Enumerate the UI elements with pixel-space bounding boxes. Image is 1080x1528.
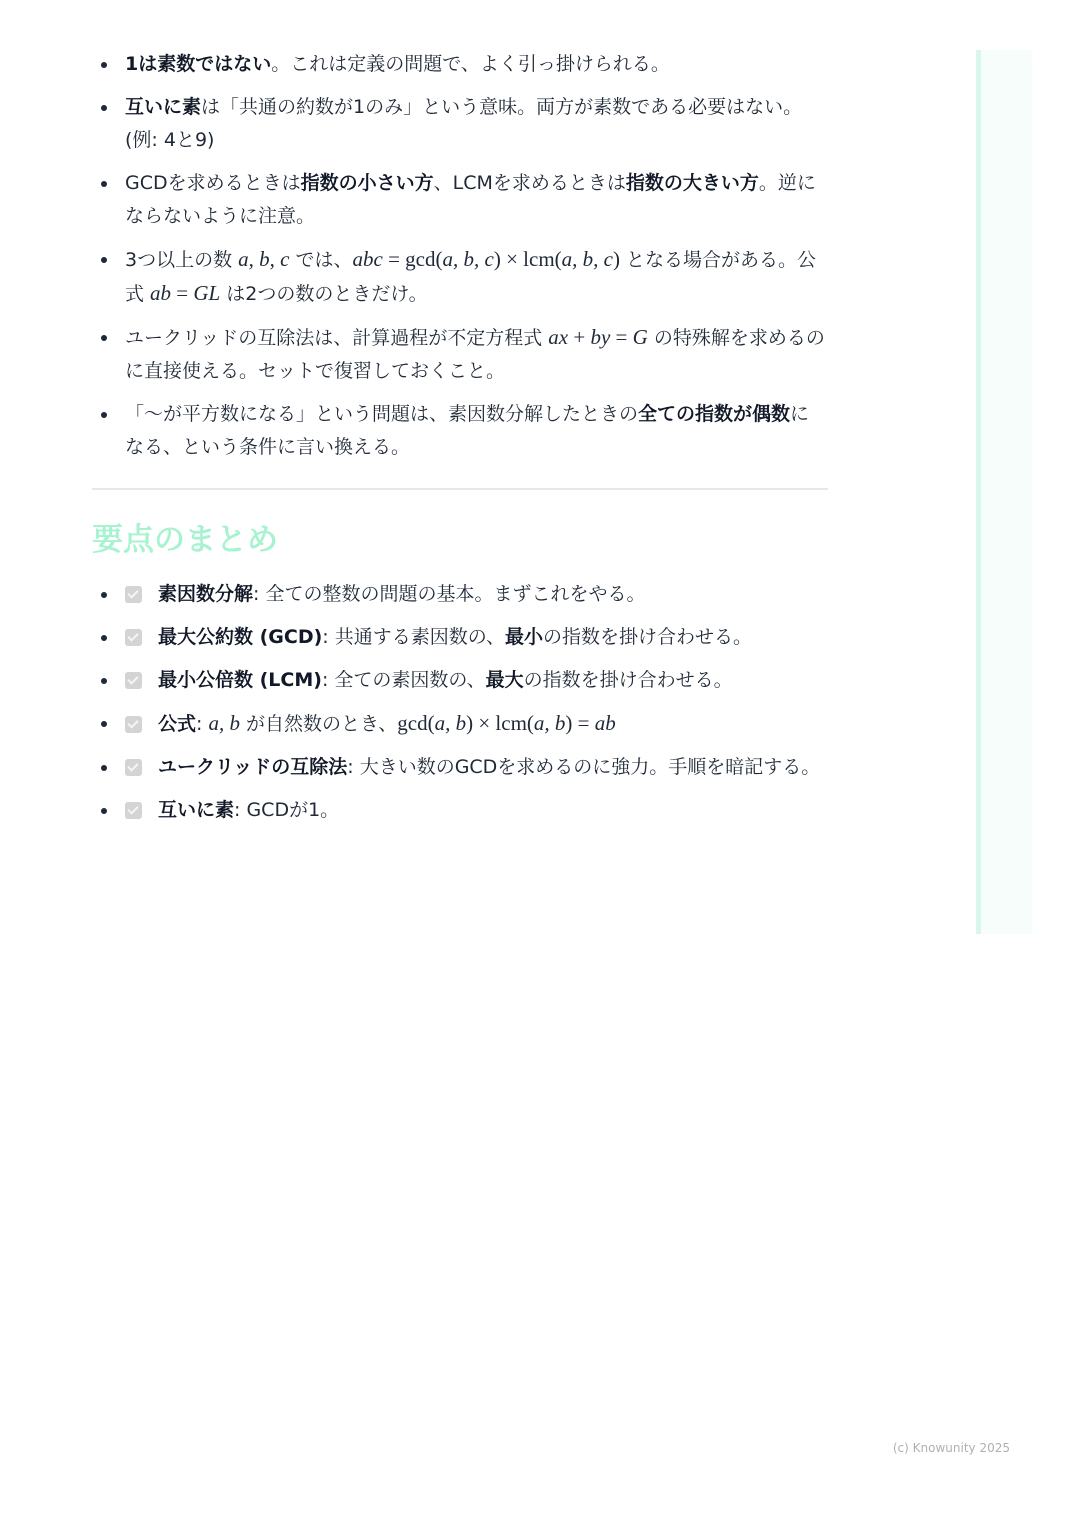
item-text: : GCDが1。 <box>234 799 339 821</box>
checkbox-checked-icon[interactable] <box>125 629 142 646</box>
item-text: : 大きい数のGCDを求めるのに強力。手順を暗記する。 <box>347 756 820 778</box>
math-expression: ) <box>613 247 620 271</box>
math-expression: a, b, c <box>562 247 613 271</box>
item-text: 3つ以上の数 <box>125 249 238 271</box>
item-text: では、 <box>289 249 352 271</box>
list-item: GCDを求めるときは指数の小さい方、LCMを求めるときは指数の大きい方。逆になら… <box>92 167 828 233</box>
checkbox-checked-icon[interactable] <box>125 802 142 819</box>
math-expression: G <box>633 325 648 349</box>
math-expression: gcd( <box>397 711 434 735</box>
math-expression: a, b, c <box>238 247 289 271</box>
math-expression: ax <box>548 325 568 349</box>
math-expression: = <box>171 281 193 305</box>
item-text: は2つの数のときだけ。 <box>220 283 427 305</box>
item-text: 「〜が平方数になる」という問題は、素因数分解したときの <box>125 403 638 425</box>
bold-text: 互いに素 <box>125 96 201 118</box>
summary-list: 素因数分解: 全ての整数の問題の基本。まずこれをやる。 最大公約数 (GCD):… <box>92 578 828 827</box>
side-accent-panel <box>976 50 1032 934</box>
bold-text: 全ての指数が偶数 <box>638 403 790 425</box>
document-content: 1は素数ではない。これは定義の問題で、よく引っ掛けられる。 互いに素は「共通の約… <box>92 48 828 837</box>
list-item: 公式: a, b が自然数のとき、gcd(a, b) × lcm(a, b) =… <box>92 707 828 741</box>
bold-text: 指数の小さい方 <box>301 172 434 194</box>
math-expression: = <box>610 325 632 349</box>
bold-text: 公式 <box>158 713 196 735</box>
math-expression: ab <box>150 281 171 305</box>
bold-text: 素因数分解 <box>158 583 253 605</box>
item-text: が自然数のとき、 <box>240 713 397 735</box>
list-item: 互いに素は「共通の約数が1のみ」という意味。両方が素数である必要はない。(例: … <box>92 91 828 157</box>
math-expression: ) × lcm( <box>494 247 562 271</box>
bold-text: 指数の大きい方 <box>626 172 759 194</box>
item-text: 。これは定義の問題で、よく引っ掛けられる。 <box>271 53 670 75</box>
bold-text: 最小 <box>505 626 543 648</box>
bold-text: 互いに素 <box>158 799 234 821</box>
math-expression: a, b, c <box>443 247 494 271</box>
math-expression: a, b <box>435 711 467 735</box>
checkbox-checked-icon[interactable] <box>125 586 142 603</box>
section-divider <box>92 488 828 490</box>
item-text: の指数を掛け合わせる。 <box>543 626 752 648</box>
bold-text: 最小公倍数 (LCM) <box>158 669 322 691</box>
list-item: 素因数分解: 全ての整数の問題の基本。まずこれをやる。 <box>92 578 828 611</box>
item-text: の指数を掛け合わせる。 <box>524 669 733 691</box>
item-text: : <box>196 713 208 735</box>
math-expression: ab <box>595 711 616 735</box>
list-item: 最大公約数 (GCD): 共通する素因数の、最小の指数を掛け合わせる。 <box>92 621 828 654</box>
math-expression: = gcd( <box>383 247 443 271</box>
math-expression: ) = <box>565 711 594 735</box>
item-text: は「共通の約数が1のみ」という意味。両方が素数である必要はない。(例: 4と9) <box>125 96 802 151</box>
checkbox-checked-icon[interactable] <box>125 672 142 689</box>
list-item: 互いに素: GCDが1。 <box>92 794 828 827</box>
item-text: : 全ての素因数の、 <box>322 669 486 691</box>
math-expression: a, b <box>208 711 240 735</box>
math-expression: by <box>590 325 610 349</box>
list-item: 1は素数ではない。これは定義の問題で、よく引っ掛けられる。 <box>92 48 828 81</box>
summary-heading: 要点のまとめ <box>92 520 828 560</box>
list-item: 最小公倍数 (LCM): 全ての素因数の、最大の指数を掛け合わせる。 <box>92 664 828 697</box>
list-item: 3つ以上の数 a, b, c では、abc = gcd(a, b, c) × l… <box>92 243 828 311</box>
item-text: ユークリッドの互除法は、計算過程が不定方程式 <box>125 327 548 349</box>
list-item: ユークリッドの互除法は、計算過程が不定方程式 ax + by = G の特殊解を… <box>92 321 828 388</box>
item-text: 、LCMを求めるときは <box>434 172 626 194</box>
math-expression: abc <box>353 247 383 271</box>
item-text: : 全ての整数の問題の基本。まずこれをやる。 <box>253 583 645 605</box>
math-expression: ) × lcm( <box>466 711 534 735</box>
bold-text: 最大 <box>486 669 524 691</box>
checkbox-checked-icon[interactable] <box>125 759 142 776</box>
item-text: : 共通する素因数の、 <box>322 626 505 648</box>
bold-text: 最大公約数 (GCD) <box>158 626 322 648</box>
item-text: GCDを求めるときは <box>125 172 301 194</box>
list-item: ユークリッドの互除法: 大きい数のGCDを求めるのに強力。手順を暗記する。 <box>92 751 828 784</box>
bold-text: 1は素数ではない <box>125 53 271 75</box>
checkbox-checked-icon[interactable] <box>125 716 142 733</box>
math-expression: GL <box>193 281 220 305</box>
bold-text: ユークリッドの互除法 <box>158 756 347 778</box>
math-expression: a, b <box>534 711 566 735</box>
math-expression: + <box>568 325 590 349</box>
copyright-footer: (c) Knowunity 2025 <box>893 1441 1010 1455</box>
list-item: 「〜が平方数になる」という問題は、素因数分解したときの全ての指数が偶数になる、と… <box>92 398 828 464</box>
notes-list: 1は素数ではない。これは定義の問題で、よく引っ掛けられる。 互いに素は「共通の約… <box>92 48 828 464</box>
